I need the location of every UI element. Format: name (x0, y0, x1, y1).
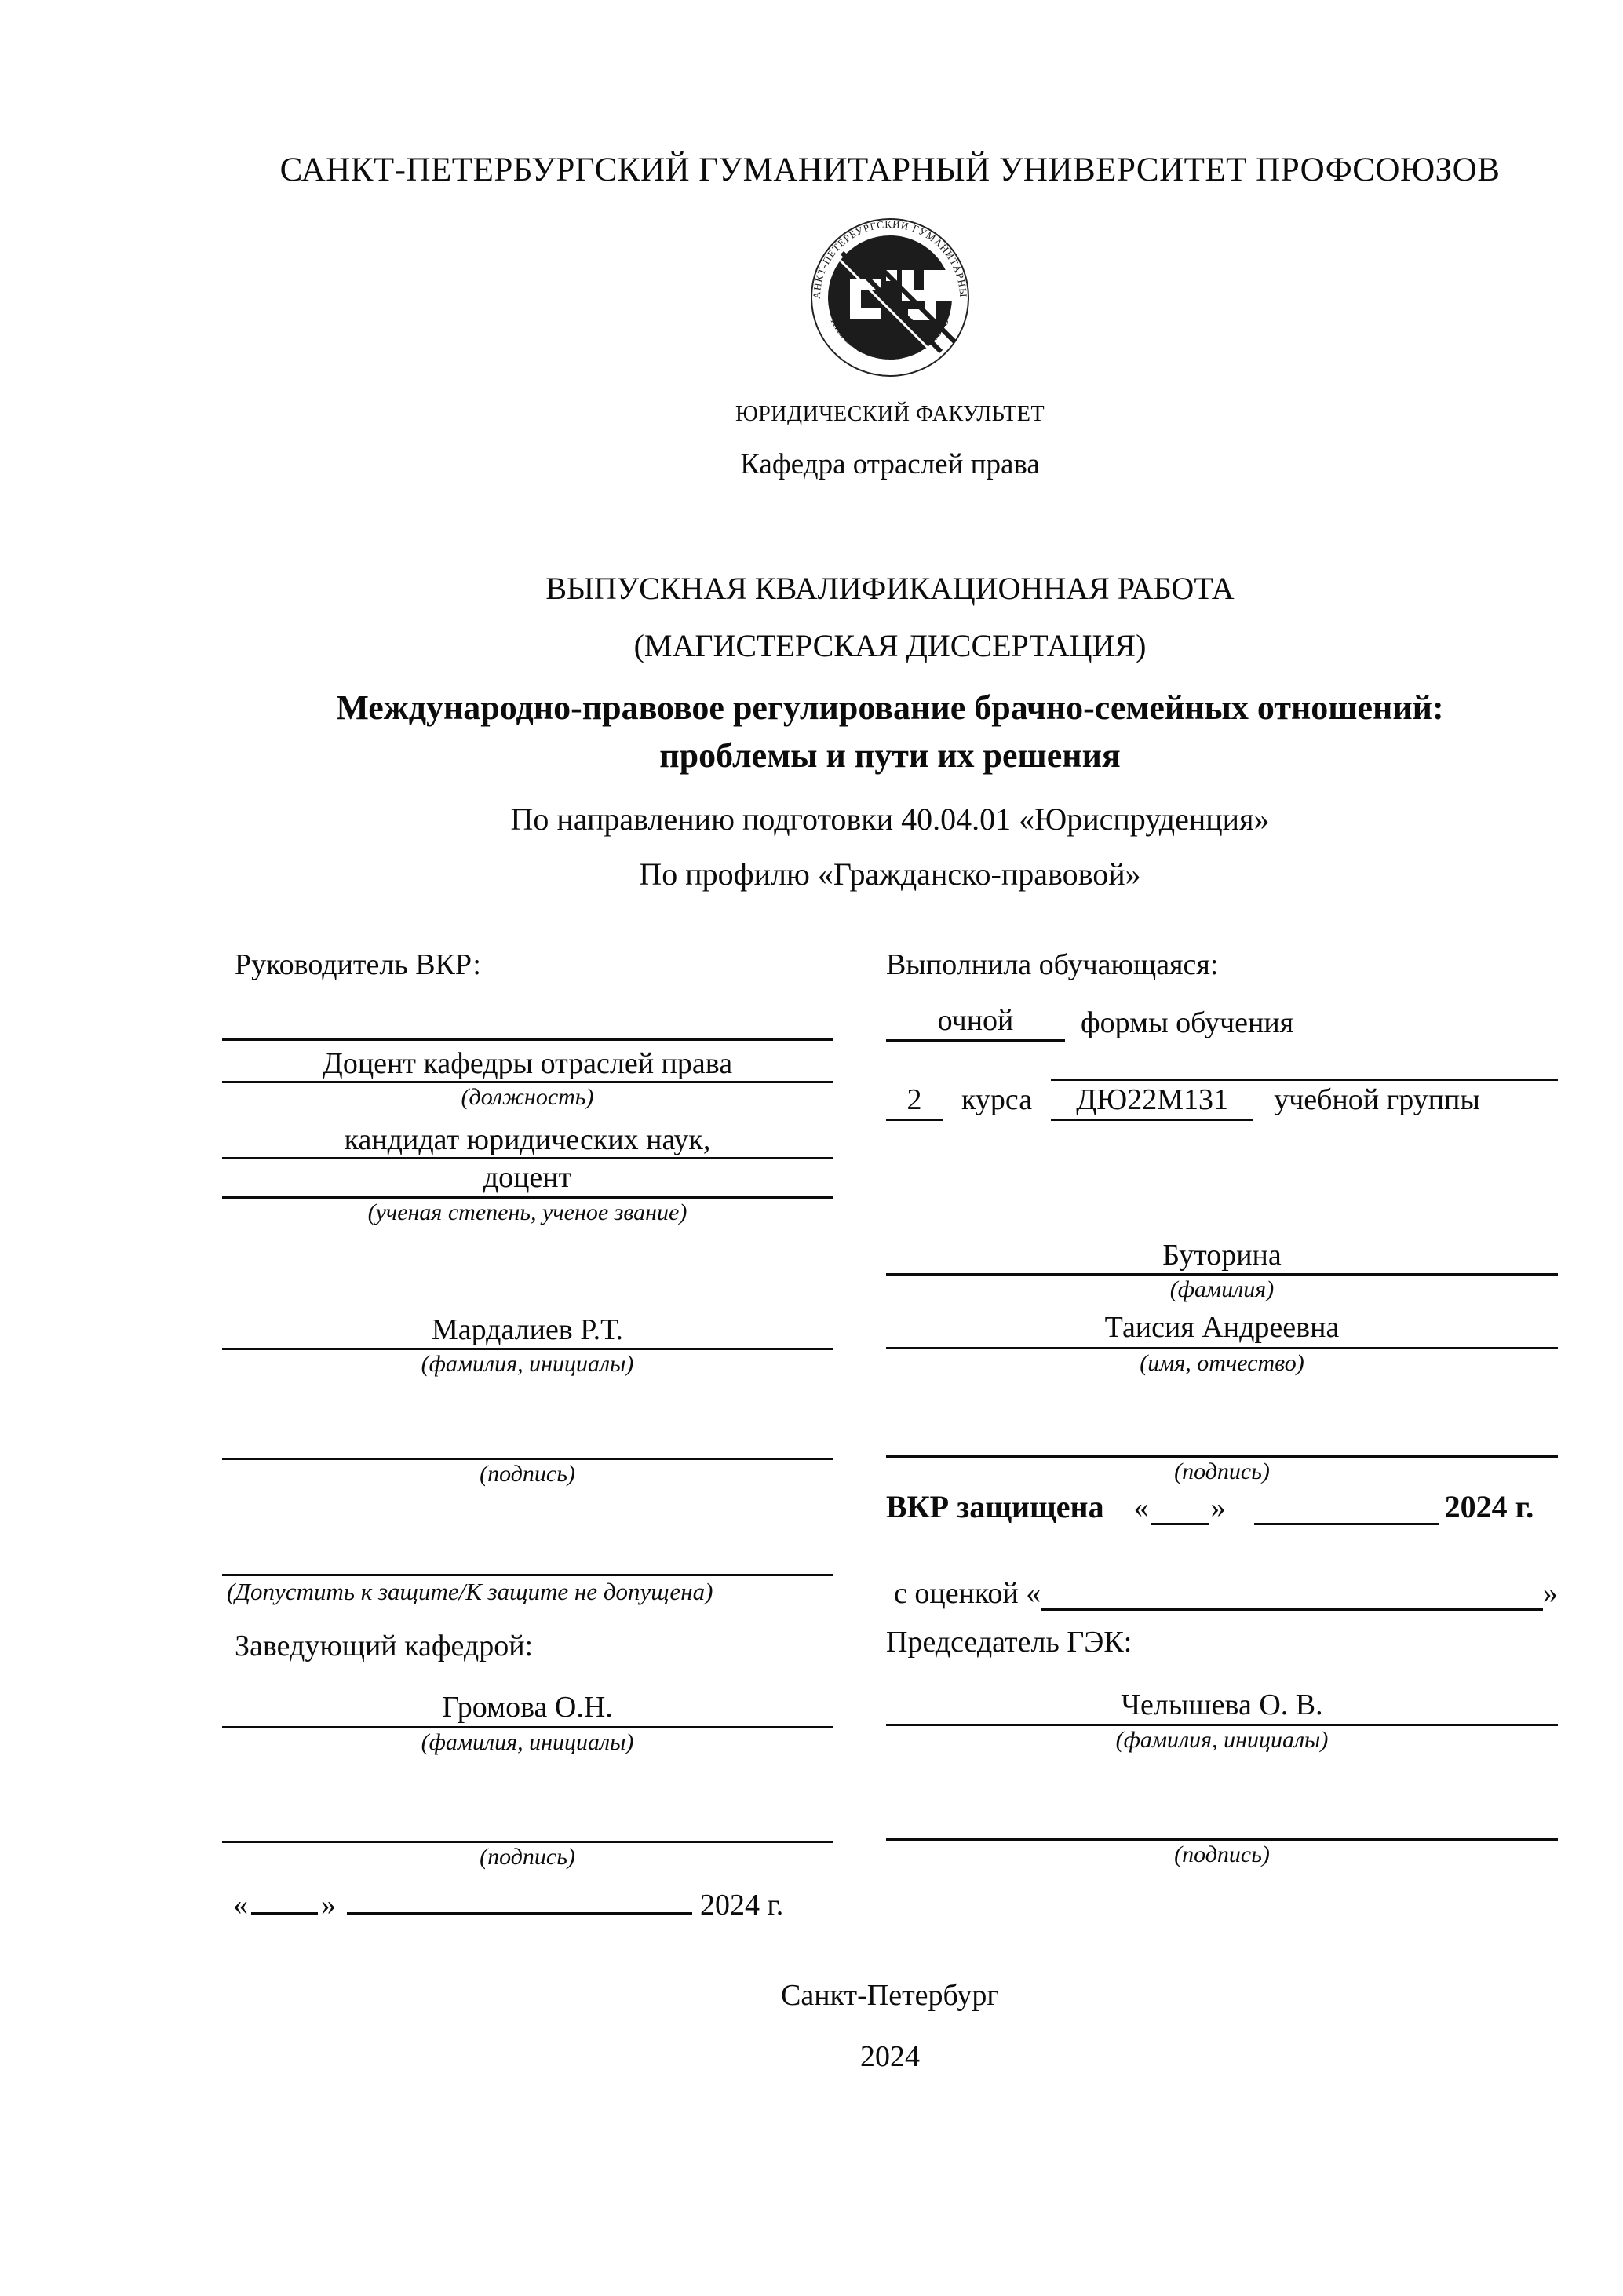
department-title: Кафедра отраслей права (222, 447, 1558, 481)
group-cell: ДЮ22М131 учебной группы (1051, 1079, 1558, 1121)
thesis-title-line1: Международно-правовое регулирование брач… (222, 688, 1558, 728)
open-quote: « (1134, 1491, 1149, 1525)
admission-line (222, 1545, 833, 1576)
profile-line: По профилю «Гражданско-правовой» (222, 856, 1558, 892)
head-signature-line (222, 1812, 833, 1843)
thesis-title-page: САНКТ-ПЕТЕРБУРГСКИЙ ГУМАНИТАРНЫЙ УНИВЕРС… (0, 0, 1623, 2296)
defense-year: 2024 г. (1445, 1488, 1534, 1525)
study-form-row: очной формы обучения (886, 1002, 1558, 1042)
defense-day-line (1151, 1488, 1209, 1525)
grade-line (1041, 1572, 1543, 1611)
group-value: ДЮ22М131 (1051, 1081, 1253, 1121)
grade-close-quote: » (1543, 1576, 1558, 1611)
signature-columns: Руководитель ВКР: Доцент кафедры отрасле… (222, 946, 1558, 1917)
defense-date-row: ВКР защищена«»2024 г. (886, 1486, 1558, 1525)
footer-city: Санкт-Петербург (222, 1978, 1558, 2013)
head-of-department-label: Заведующий кафедрой: (222, 1627, 833, 1665)
work-type-title: ВЫПУСКНАЯ КВАЛИФИКАЦИОННАЯ РАБОТА (222, 570, 1558, 607)
date-month-line (347, 1878, 692, 1915)
supervisor-position-field: Доцент кафедры отраслей права (222, 1041, 833, 1083)
student-surname-field: Буторина (886, 1232, 1558, 1276)
thesis-title-line2: проблемы и пути их решения (222, 736, 1558, 776)
fio-caption: (фамилия, инициалы) (886, 1726, 1558, 1754)
grade-row: с оценкой « » (886, 1570, 1558, 1611)
head-date-row: «»2024 г. (222, 1878, 833, 1917)
surname-caption: (фамилия) (886, 1276, 1558, 1304)
supervisor-section: Руководитель ВКР: Доцент кафедры отрасле… (222, 946, 833, 1917)
head-name-field: Громова О.Н. (222, 1684, 833, 1728)
study-form-value: очной (886, 1002, 1065, 1042)
university-title: САНКТ-ПЕТЕРБУРГСКИЙ ГУМАНИТАРНЫЙ УНИВЕРС… (222, 151, 1558, 189)
date-day-line (251, 1878, 318, 1915)
direction-line: По направлению подготовки 40.04.01 «Юрис… (222, 801, 1558, 838)
close-quote: » (321, 1889, 336, 1922)
student-name-field: Таисия Андреевна (886, 1304, 1558, 1349)
admission-caption: (Допустить к защите/К защите не допущена… (222, 1576, 833, 1608)
open-quote: « (233, 1889, 248, 1922)
date-year: 2024 г. (700, 1889, 783, 1922)
student-section: Выполнила обучающаяся: очной формы обуче… (886, 946, 1558, 1917)
study-form-suffix: формы обучения (1081, 1005, 1293, 1042)
footer-year: 2024 (222, 2039, 1558, 2074)
signature-caption: (подпись) (222, 1460, 833, 1488)
gek-signature-line (886, 1809, 1558, 1841)
group-suffix: учебной группы (1274, 1081, 1480, 1121)
signature-caption: (подпись) (222, 1843, 833, 1871)
fio-caption: (фамилия, инициалы) (222, 1350, 833, 1378)
course-value: 2 (886, 1081, 943, 1121)
position-caption: (должность) (222, 1083, 833, 1111)
defense-month-line (1254, 1488, 1439, 1525)
name-patronymic-caption: (имя, отчество) (886, 1349, 1558, 1378)
student-signature-line (886, 1426, 1558, 1458)
supervisor-degree-field-2: доцент (222, 1159, 833, 1199)
supervisor-signature-line (222, 1429, 833, 1460)
degree-caption: (ученая степень, ученое звание) (222, 1199, 833, 1227)
logo-container: САНКТ-ПЕТЕРБУРГСКИЙ ГУМАНИТАРНЫЙ УНИВЕРС… (222, 217, 1558, 378)
supervisor-degree-field-1: кандидат юридических наук, (222, 1122, 833, 1159)
grade-label: с оценкой « (894, 1576, 1041, 1611)
defense-label: ВКР защищена (886, 1488, 1104, 1525)
signature-caption: (подпись) (886, 1841, 1558, 1869)
work-subtype-title: (МАГИСТЕРСКАЯ ДИССЕРТАЦИЯ) (222, 627, 1558, 664)
supervisor-label: Руководитель ВКР: (222, 946, 833, 984)
student-label: Выполнила обучающаяся: (886, 946, 1558, 984)
university-logo: САНКТ-ПЕТЕРБУРГСКИЙ ГУМАНИТАРНЫЙ УНИВЕРС… (809, 217, 971, 378)
faculty-title: ЮРИДИЧЕСКИЙ ФАКУЛЬТЕТ (222, 402, 1558, 427)
empty-field-line (222, 984, 833, 1041)
gek-chair-label: Председатель ГЭК: (886, 1623, 1558, 1661)
signature-caption: (подпись) (886, 1458, 1558, 1486)
close-quote: » (1211, 1491, 1226, 1525)
course-group-row: 2 курса ДЮ22М131 учебной группы (886, 1079, 1558, 1121)
fio-caption: (фамилия, инициалы) (222, 1728, 833, 1757)
course-suffix: курса (943, 1081, 1051, 1121)
gek-chair-name-field: Челышева О. В. (886, 1681, 1558, 1726)
supervisor-name-field: Мардалиев Р.Т. (222, 1308, 833, 1350)
